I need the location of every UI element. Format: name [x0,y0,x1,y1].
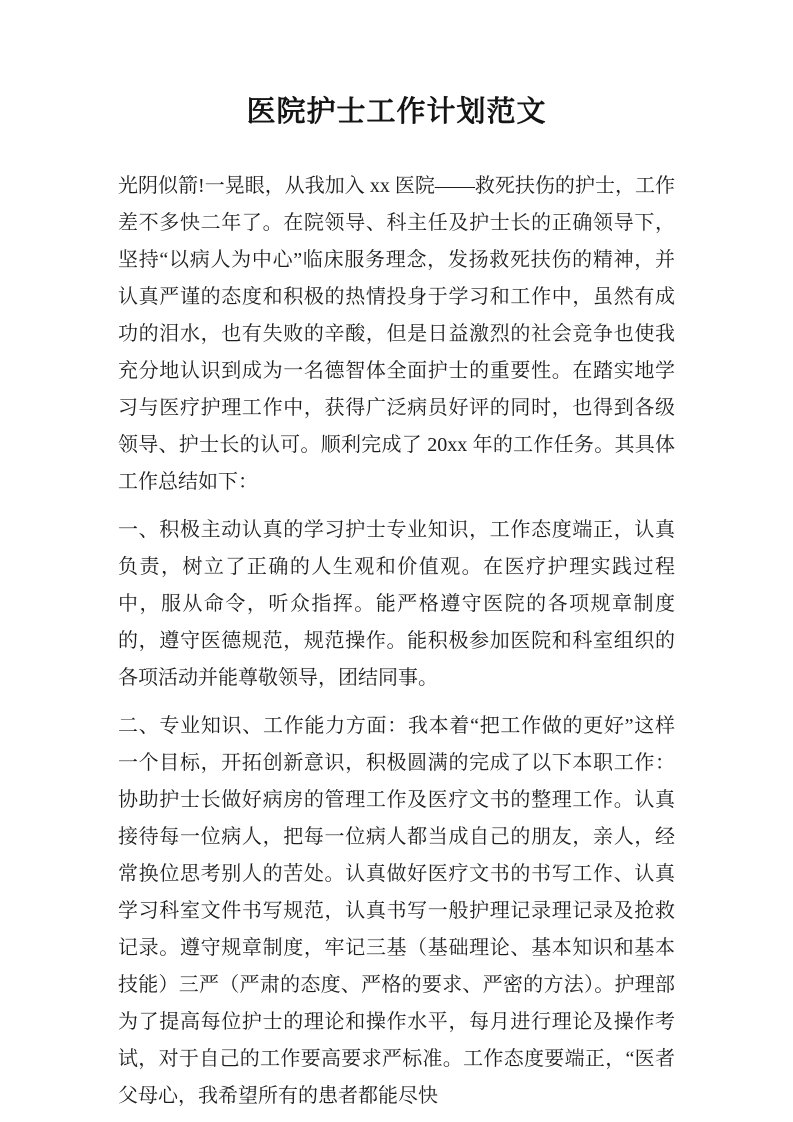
document-body: 光阴似箭!一晃眼，从我加入 xx 医院——救死扶伤的护士，工作差不多快二年了。在… [118,168,675,1115]
paragraph-section-two: 二、专业知识、工作能力方面：我本着“把工作做的更好”这样一个目标，开拓创新意识，… [118,708,675,1115]
document-page: 医院护士工作计划范文 光阴似箭!一晃眼，从我加入 xx 医院——救死扶伤的护士，… [0,0,793,1122]
paragraph-intro: 光阴似箭!一晃眼，从我加入 xx 医院——救死扶伤的护士，工作差不多快二年了。在… [118,168,675,501]
document-title: 医院护士工作计划范文 [118,96,675,128]
paragraph-section-one: 一、积极主动认真的学习护士专业知识，工作态度端正，认真负责，树立了正确的人生观和… [118,512,675,697]
